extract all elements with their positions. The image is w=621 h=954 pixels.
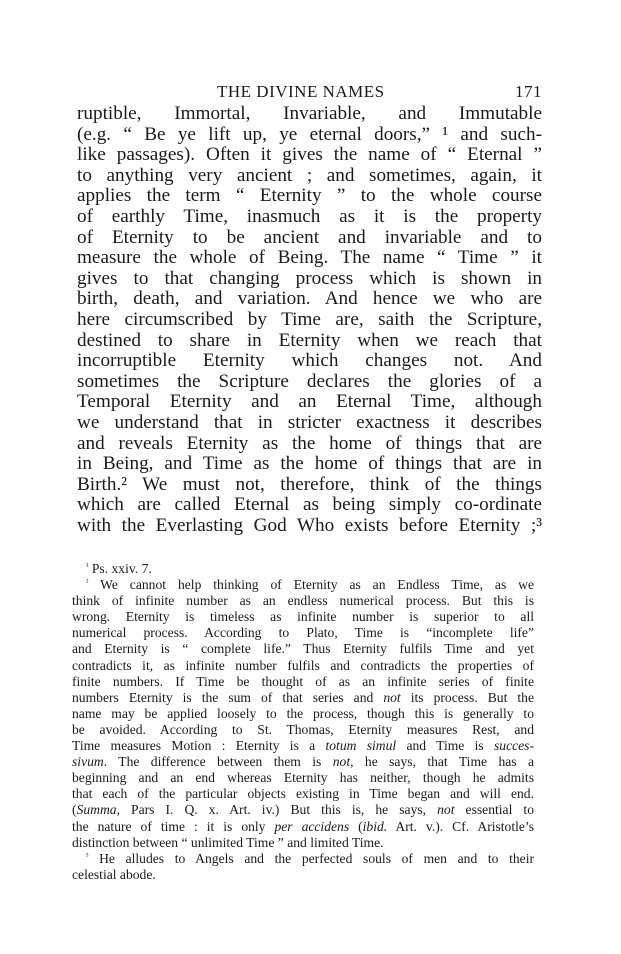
body-line: with the Everlasting God Who exists befo… (77, 516, 542, 537)
footnote-line: the nature of time : it is only per acci… (72, 819, 534, 835)
footnote-line: that each of the particular objects exis… (72, 786, 534, 802)
body-line: which are called Eternal as being simply… (77, 495, 542, 516)
footnote-line: numerical process. According to Plato, T… (72, 625, 534, 641)
footnote-line: ² We cannot help thinking of Eternity as… (72, 577, 534, 593)
running-title: THE DIVINE NAMES (217, 80, 385, 104)
body-line: here circumscribed by Time are, saith th… (77, 310, 542, 331)
footnote-line: think of infinite number as an endless n… (72, 593, 534, 609)
page-number: 171 (515, 80, 542, 104)
body-text: ruptible, Immortal, Invariable, and Immu… (77, 104, 542, 536)
footnote-line: ¹ Ps. xxiv. 7. (72, 561, 534, 577)
body-line: destined to share in Eternity when we re… (77, 331, 542, 352)
body-line: gives to that changing process which is … (77, 269, 542, 290)
footnote-line: sivum. The difference between them is no… (72, 754, 534, 770)
body-line: Temporal Eternity and an Eternal Time, a… (77, 392, 542, 413)
footnotes: ¹ Ps. xxiv. 7.² We cannot help thinking … (72, 561, 534, 883)
body-line: measure the whole of Being. The name “ T… (77, 248, 542, 269)
footnote-line: distinction between “ unlimited Time ” a… (72, 835, 534, 851)
body-line: (e.g. “ Be ye lift up, ye eternal doors,… (77, 125, 542, 146)
body-line: we understand that in stricter exactness… (77, 413, 542, 434)
body-line: birth, death, and variation. And hence w… (77, 289, 542, 310)
footnote-line: contradicts it, as infinite number fulfi… (72, 658, 534, 674)
footnote-line: be avoided. According to St. Thomas, Ete… (72, 722, 534, 738)
body-line: of earthly Time, inasmuch as it is the p… (77, 207, 542, 228)
footnote-line: wrong. Eternity is timeless as infinite … (72, 609, 534, 625)
body-line: to anything very ancient ; and sometimes… (77, 166, 542, 187)
body-line: sometimes the Scripture declares the glo… (77, 372, 542, 393)
footnote-line: finite numbers. If Time be thought of as… (72, 674, 534, 690)
body-line: like passages). Often it gives the name … (77, 145, 542, 166)
body-line: ruptible, Immortal, Invariable, and Immu… (77, 104, 542, 125)
footnote-line: numbers Eternity is the sum of that seri… (72, 690, 534, 706)
body-line: in Being, and Time as the home of things… (77, 454, 542, 475)
body-line: and reveals Eternity as the home of thin… (77, 434, 542, 455)
body-line: of Eternity to be ancient and invariable… (77, 228, 542, 249)
body-line: applies the term “ Eternity ” to the who… (77, 186, 542, 207)
footnote-line: (Summa, Pars I. Q. x. Art. iv.) But this… (72, 802, 534, 818)
body-line: incorruptible Eternity which changes not… (77, 351, 542, 372)
footnote-line: and Eternity is “ complete life.” Thus E… (72, 641, 534, 657)
footnote-line: ³ He alludes to Angels and the perfected… (72, 851, 534, 867)
footnote-line: beginning and an end whereas Eternity ha… (72, 770, 534, 786)
footnote-line: name may be applied loosely to the proce… (72, 706, 534, 722)
footnote-line: celestial abode. (72, 867, 534, 883)
book-page: THE DIVINE NAMES 171 ruptible, Immortal,… (0, 0, 621, 954)
running-head: THE DIVINE NAMES 171 (77, 80, 542, 104)
footnote-line: Time measures Motion : Eternity is a tot… (72, 738, 534, 754)
body-line: Birth.² We must not, therefore, think of… (77, 475, 542, 496)
